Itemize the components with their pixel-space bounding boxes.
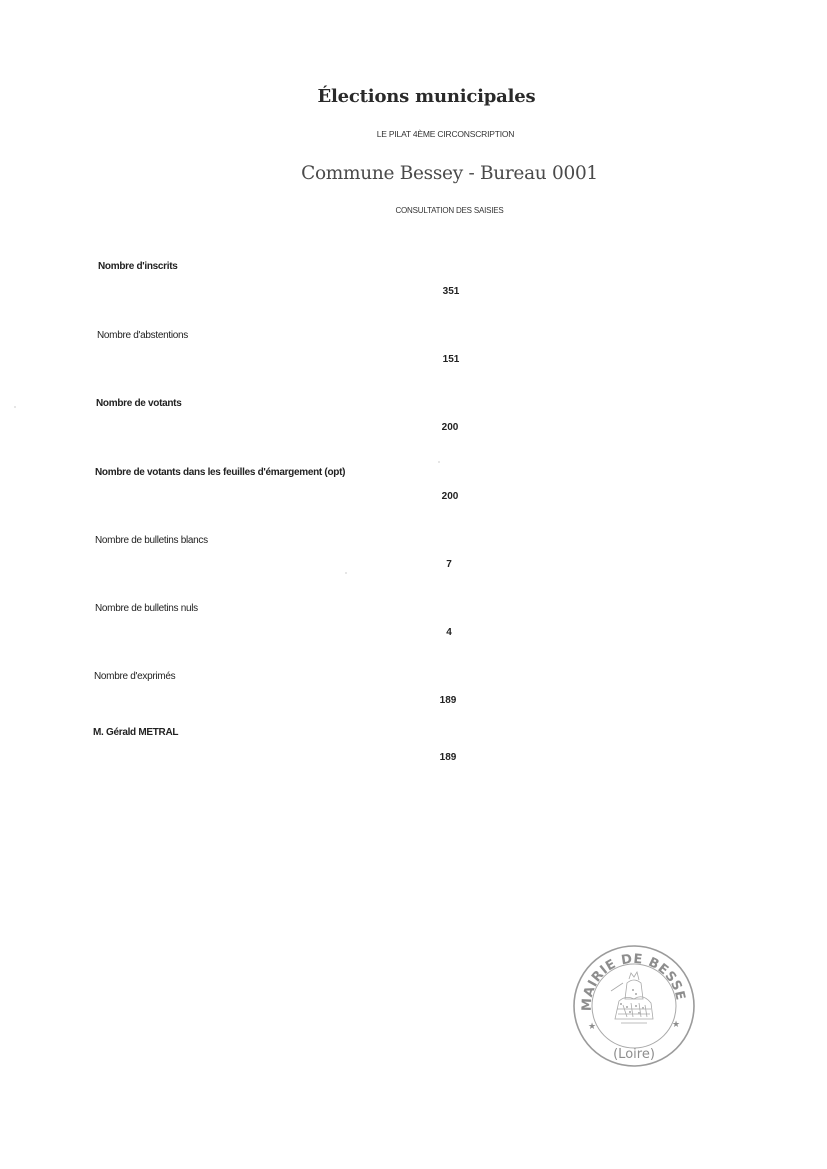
commune-bureau-title: Commune Bessey - Bureau 0001 xyxy=(0,163,827,184)
field-label-bulletins-blancs: Nombre de bulletins blancs xyxy=(95,535,208,546)
field-label-votants-emargement: Nombre de votants dans les feuilles d'ém… xyxy=(95,467,345,478)
municipal-stamp: MAIRIE DE BESSEY (Loire) ★ ★ xyxy=(571,943,697,1069)
section-title: CONSULTATION DES SAISIES xyxy=(0,206,827,215)
field-value-candidate: 189 xyxy=(428,752,468,763)
svg-text:★: ★ xyxy=(588,1022,596,1032)
scan-artifact xyxy=(14,406,16,408)
field-label-abstentions: Nombre d'abstentions xyxy=(97,330,188,341)
field-value-votants-emargement: 200 xyxy=(430,491,470,502)
field-value-inscrits: 351 xyxy=(431,286,471,297)
field-label-exprimes: Nombre d'exprimés xyxy=(94,671,175,682)
document-page: Élections municipales LE PILAT 4ÈME CIRC… xyxy=(0,0,827,1169)
field-value-bulletins-nuls: 4 xyxy=(429,627,469,638)
constituency-subtitle: LE PILAT 4ÈME CIRCONSCRIPTION xyxy=(0,129,827,139)
field-value-exprimes: 189 xyxy=(428,695,468,706)
field-label-bulletins-nuls: Nombre de bulletins nuls xyxy=(95,603,198,614)
scan-artifact xyxy=(345,572,347,574)
field-value-bulletins-blancs: 7 xyxy=(429,559,469,570)
field-value-votants: 200 xyxy=(430,422,470,433)
field-value-abstentions: 151 xyxy=(431,354,471,365)
field-label-votants: Nombre de votants xyxy=(96,398,181,409)
field-label-inscrits: Nombre d'inscrits xyxy=(98,261,178,272)
page-title: Élections municipales xyxy=(0,86,827,107)
svg-text:★: ★ xyxy=(672,1020,680,1030)
municipal-seal-icon: MAIRIE DE BESSEY (Loire) ★ ★ xyxy=(571,943,697,1069)
field-label-candidate: M. Gérald METRAL xyxy=(93,727,178,738)
stamp-bottom-text: (Loire) xyxy=(613,1047,655,1062)
scan-artifact xyxy=(438,461,440,463)
